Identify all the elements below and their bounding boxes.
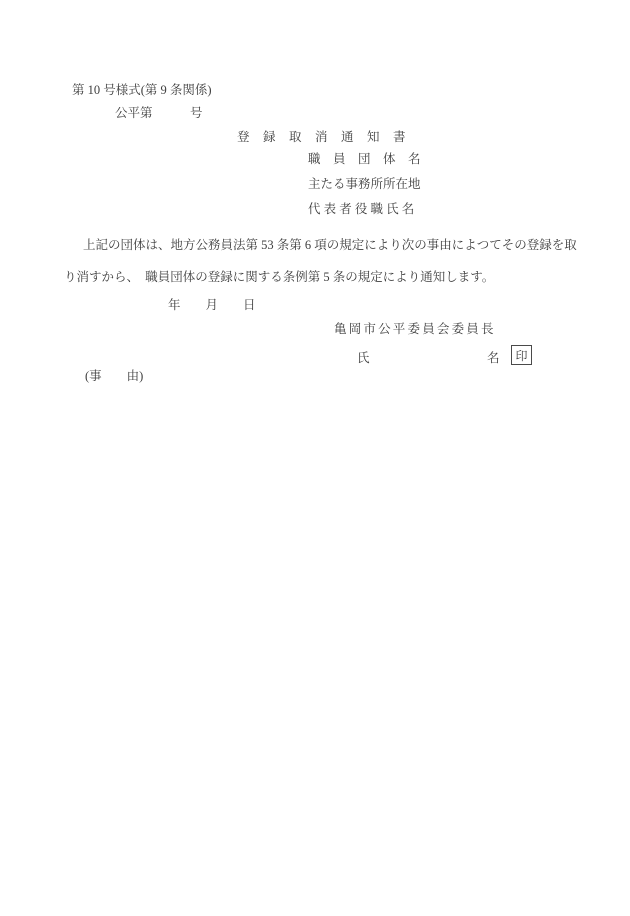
signature-family-name-label: 氏 [357,351,370,365]
issuer-title: 亀岡市公平委員会委員長 [334,322,496,336]
field-label-office-address: 主たる事務所所在地 [308,177,421,191]
seal-character: 印 [515,347,527,364]
form-number: 第 10 号様式(第 9 条関係) [72,83,212,97]
signature-given-name-label: 名 [487,351,500,365]
body-text-line-1: 上記の団体は、地方公務員法第 53 条第 6 項の規定により次の事由によつてその… [64,238,577,252]
document-page: 第 10 号様式(第 9 条関係) 公平第 号 登 録 取 消 通 知 書 職 … [0,0,630,916]
body-text-line-2: り消すから、 職員団体の登録に関する条例第 5 条の規定により通知します。 [64,270,494,284]
reason-label: (事 由) [85,369,143,383]
seal-mark: 印 [511,345,532,365]
date-line: 年 月 日 [168,298,256,312]
field-label-representative: 代 表 者 役 職 氏 名 [308,202,414,216]
field-label-organization-name: 職 員 団 体 名 [308,152,421,166]
document-number-line: 公平第 号 [115,106,203,120]
document-title: 登 録 取 消 通 知 書 [237,130,406,144]
